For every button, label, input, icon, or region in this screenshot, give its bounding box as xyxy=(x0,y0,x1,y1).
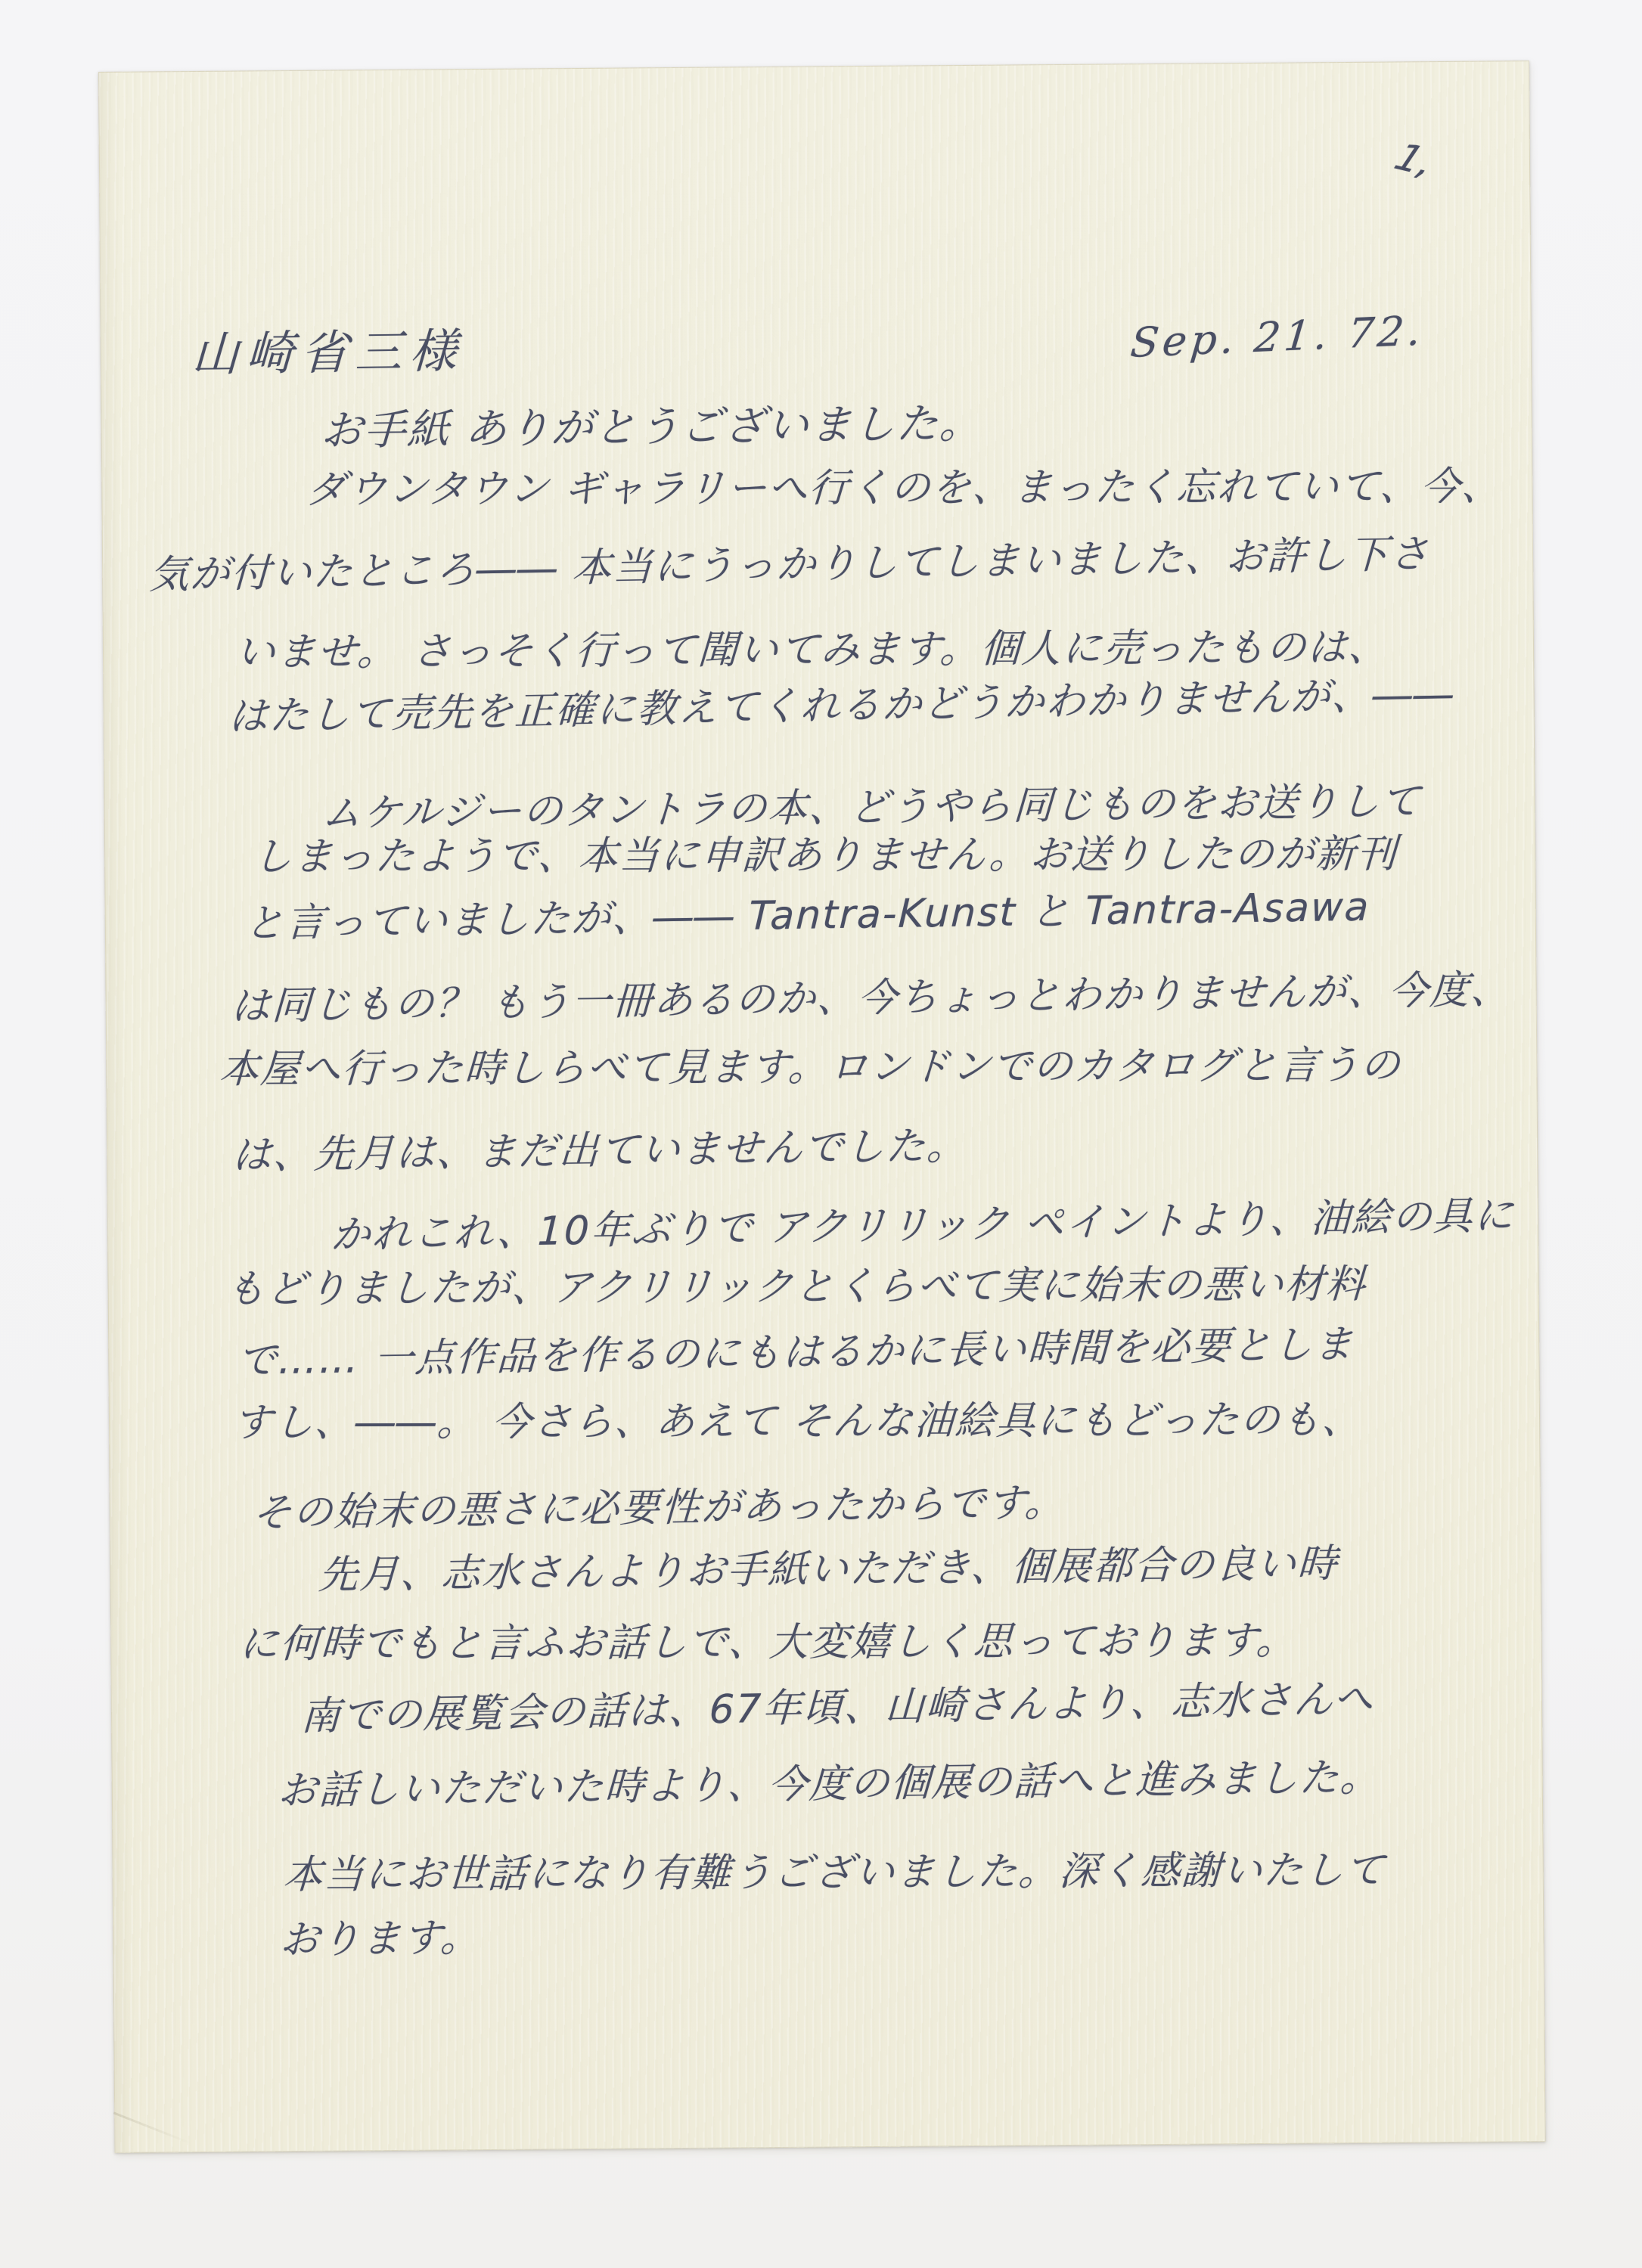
letter-line: しまったようで、本当に申訳ありません。お送りしたのが新刊 xyxy=(251,821,1398,881)
letter-line: かれこれ、10年ぶりで アクリリック ペイントより、油絵の具に xyxy=(330,1183,1516,1259)
page-number: 1, xyxy=(1389,135,1442,185)
letter-line: で…… 一点作品を作るのにもはるかに長い時間を必要としま xyxy=(237,1312,1356,1385)
letter-line: は、先月は、まだ出ていませんでした。 xyxy=(231,1113,969,1180)
letter-line: に何時でもと言ふお話しで、大変嬉しく思っております。 xyxy=(238,1609,1299,1669)
letter-line: その始末の悪さに必要性があったからです。 xyxy=(251,1470,1066,1537)
letter-line: もどりましたが、アクリリックとくらべて実に始末の悪い材料 xyxy=(225,1252,1368,1314)
letter-line: ダウンタウン ギャラリーへ行くのを、まったく忘れていて、今、 xyxy=(306,455,1504,514)
letter-line: すし、――。 今さら、あえて そんな油絵具にもどったのも、 xyxy=(231,1388,1364,1447)
letter-line: 気が付いたところ―― 本当にうっかりしてしまいました、お許し下さ xyxy=(148,522,1431,600)
recipient-line: 山崎省三様 xyxy=(191,313,466,384)
letter-line: おります。 xyxy=(279,1905,483,1965)
letter-line: は同じもの？ もう一冊あるのか、今ちょっとわかりませんが、今度、 xyxy=(230,957,1513,1031)
paper-left-edge-shade xyxy=(99,73,135,2152)
letter-paper: 1, 山崎省三様 Sep. 21. 72. お手紙 ありがとうございました。 ダ… xyxy=(98,61,1546,2153)
scan-background: 1, 山崎省三様 Sep. 21. 72. お手紙 ありがとうございました。 ダ… xyxy=(0,0,1642,2268)
letter-line: 南での展覧会の話は、67年頃、山崎さんより、志水さんへ xyxy=(300,1667,1375,1742)
letter-line: お話しいただいた時より、今度の個展の話へと進みました。 xyxy=(277,1745,1382,1816)
letter-line: 先月、志水さんよりお手紙いただき、個展都合の良い時 xyxy=(318,1531,1339,1599)
letter-line: 本当にお世話になり有難うございました。深く感謝いたして xyxy=(282,1838,1387,1899)
letter-line: お手紙 ありがとうございました。 xyxy=(320,389,984,457)
letter-line: と言っていましたが、―― Tantra-Kunst と Tantra-Asawa xyxy=(244,875,1371,948)
date-line: Sep. 21. 72. xyxy=(1128,306,1426,367)
letter-line: 本屋へ行った時しらべて見ます。ロンドンでのカタログと言うの xyxy=(219,1033,1403,1094)
